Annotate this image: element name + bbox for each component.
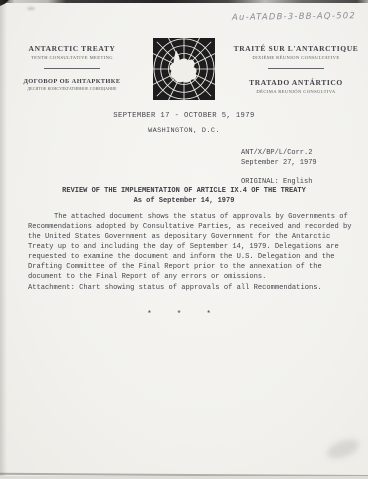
scanned-document-page: Au-ATADB-3-BB-AQ-502 ANTARCTIC TREATY TE… [0, 0, 368, 479]
scan-smudge [324, 436, 361, 463]
letterhead-french-title: TRAITÉ SUR L'ANTARCTIQUE [227, 44, 365, 53]
handwritten-archive-reference: Au-ATADB-3-BB-AQ-502 [232, 11, 356, 23]
document-title: REVIEW OF THE IMPLEMENTATION OF ARTICLE … [0, 186, 368, 206]
letterhead-divider [268, 68, 324, 69]
document-number: ANT/X/BP/L/Corr.2 [241, 148, 317, 158]
letterhead-russian-title: ДОГОВОР ОБ АНТАРКТИКЕ [3, 78, 141, 85]
meeting-location: WASHINGTON, D.C. [0, 127, 368, 135]
letterhead-english-subtitle: TENTH CONSULTATIVE MEETING [3, 55, 141, 60]
letterhead: ANTARCTIC TREATY TENTH CONSULTATIVE MEET… [0, 38, 368, 100]
letterhead-right-column: TRAITÉ SUR L'ANTARCTIQUE DIXIÈME RÉUNION… [227, 38, 365, 94]
letterhead-french-subtitle: DIXIÈME RÉUNION CONSULTATIVE [227, 55, 365, 60]
pencil-smudge [27, 7, 35, 10]
meeting-dates: SEPTEMBER 17 - OCTOBER 5, 1979 [0, 112, 368, 120]
letterhead-english-title: ANTARCTIC TREATY [3, 44, 141, 53]
body-paragraph: The attached document shows the status o… [28, 212, 354, 282]
document-reference-block: ANT/X/BP/L/Corr.2 September 27, 1979 ORI… [241, 148, 317, 187]
document-title-line2: As of September 14, 1979 [0, 196, 368, 206]
letterhead-russian-subtitle: ДЕСЯТОЕ КОНСУЛЬТАТИВНОЕ СОВЕЩАНИЕ [3, 87, 141, 91]
document-date: September 27, 1979 [241, 158, 317, 168]
document-title-line1: REVIEW OF THE IMPLEMENTATION OF ARTICLE … [0, 186, 368, 196]
letterhead-spanish-subtitle: DÉCIMA REUNIÓN CONSULTIVA [227, 89, 365, 94]
letterhead-divider [44, 68, 100, 69]
antarctica-polar-projection-emblem-icon [153, 38, 215, 100]
letterhead-left-column: ANTARCTIC TREATY TENTH CONSULTATIVE MEET… [3, 38, 141, 91]
letterhead-spanish-title: TRATADO ANTÁRTICO [227, 78, 365, 87]
attachment-note: Attachment: Chart showing status of appr… [28, 284, 354, 292]
scan-top-edge-artifact [0, 0, 368, 3]
asterisk-separator: * * * [0, 310, 368, 319]
